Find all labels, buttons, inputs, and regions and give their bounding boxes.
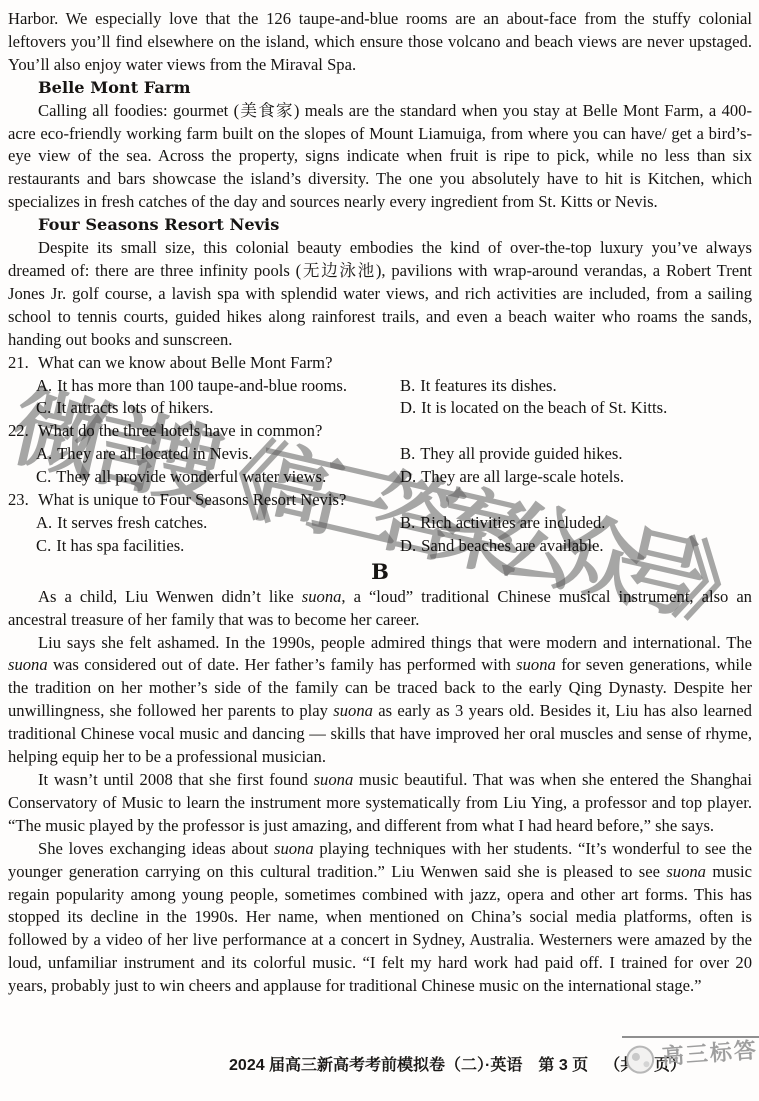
passage-a-paragraph-continued: Harbor. We especially love that the 126 … (8, 8, 752, 77)
question-stem: What can we know about Belle Mont Farm? (38, 352, 332, 375)
option-label: B. (400, 376, 415, 395)
option-text: They all provide wonderful water views. (56, 467, 326, 486)
question-number: 23. (8, 489, 38, 512)
question-21-options-row-2: C.It attracts lots of hikers. D.It is lo… (8, 397, 752, 420)
option-23-b: B.Rich activities are included. (400, 512, 752, 535)
option-label: A. (36, 444, 52, 463)
text-segment: music regain popularity among young peop… (8, 862, 752, 996)
question-23-options-row-1: A.It serves fresh catches. B.Rich activi… (8, 512, 752, 535)
option-23-c: C.It has spa facilities. (8, 535, 400, 558)
text-segment: was considered out of date. Her father’s… (48, 655, 516, 674)
option-text: They are all large-scale hotels. (421, 467, 624, 486)
passage-b-paragraph-3: It wasn’t until 2008 that she first foun… (8, 769, 752, 838)
option-label: B. (400, 513, 415, 532)
italic-term: suona (333, 701, 373, 720)
brand-stamp-icon (625, 1045, 655, 1075)
option-text: They all provide guided hikes. (420, 444, 622, 463)
option-22-d: D.They are all large-scale hotels. (400, 466, 752, 489)
question-number: 22. (8, 420, 38, 443)
question-22-stem-row: 22. What do the three hotels have in com… (8, 420, 752, 443)
passage-b-paragraph-1: As a child, Liu Wenwen didn’t like suona… (8, 586, 752, 632)
section-b-label: B (8, 558, 752, 586)
option-21-d: D.It is located on the beach of St. Kitt… (400, 397, 752, 420)
italic-term: suona (516, 655, 556, 674)
option-label: A. (36, 376, 52, 395)
option-text: It serves fresh catches. (57, 513, 207, 532)
heading-four-seasons-resort-nevis: Four Seasons Resort Nevis (8, 214, 752, 237)
brand-watermark-text: 高三标答 (661, 1040, 758, 1070)
option-label: A. (36, 513, 52, 532)
option-21-c: C.It attracts lots of hikers. (8, 397, 400, 420)
question-21: 21. What can we know about Belle Mont Fa… (8, 352, 752, 421)
question-21-stem-row: 21. What can we know about Belle Mont Fa… (8, 352, 752, 375)
option-text: Rich activities are included. (420, 513, 605, 532)
option-22-a: A.They are all located in Nevis. (8, 443, 400, 466)
option-21-b: B.It features its dishes. (400, 375, 752, 398)
italic-term: suona (274, 839, 314, 858)
option-21-a: A.It has more than 100 taupe-and-blue ro… (8, 375, 400, 398)
text-segment: As a child, Liu Wenwen didn’t like (38, 587, 302, 606)
exam-page: 微信搜《高三答案公众号》 Harbor. We especially love … (0, 0, 759, 1101)
option-label: D. (400, 536, 416, 555)
option-text: It attracts lots of hikers. (56, 398, 213, 417)
passage-a-paragraph-four-seasons: Despite its small size, this colonial be… (8, 237, 752, 352)
option-22-c: C.They all provide wonderful water views… (8, 466, 400, 489)
italic-term: suona (666, 862, 706, 881)
passage-a-paragraph-belle-mont: Calling all foodies: gourmet (美食家) meals… (8, 100, 752, 215)
option-label: C. (36, 467, 51, 486)
option-22-b: B.They all provide guided hikes. (400, 443, 752, 466)
option-text: They are all located in Nevis. (57, 444, 252, 463)
question-22-options-row-2: C.They all provide wonderful water views… (8, 466, 752, 489)
question-22-options-row-1: A.They are all located in Nevis. B.They … (8, 443, 752, 466)
passage-b-paragraph-2: Liu says she felt ashamed. In the 1990s,… (8, 632, 752, 769)
italic-term: suona (314, 770, 354, 789)
question-number: 21. (8, 352, 38, 375)
italic-term: suona (302, 587, 342, 606)
option-text: It has spa facilities. (56, 536, 184, 555)
option-text: It has more than 100 taupe-and-blue room… (57, 376, 347, 395)
option-label: C. (36, 398, 51, 417)
question-22: 22. What do the three hotels have in com… (8, 420, 752, 489)
option-text: It features its dishes. (420, 376, 556, 395)
option-text: Sand beaches are available. (421, 536, 603, 555)
text-segment: She loves exchanging ideas about (38, 839, 274, 858)
passage-b-paragraph-4: She loves exchanging ideas about suona p… (8, 838, 752, 998)
text-segment: Liu says she felt ashamed. In the 1990s,… (38, 633, 752, 652)
heading-belle-mont-farm: Belle Mont Farm (8, 77, 752, 100)
option-label: B. (400, 444, 415, 463)
footer-exam-title: 2024 届高三新高考考前模拟卷（二）·英语 (229, 1057, 522, 1074)
option-23-a: A.It serves fresh catches. (8, 512, 400, 535)
text-segment: It wasn’t until 2008 that she first foun… (38, 770, 314, 789)
option-text: It is located on the beach of St. Kitts. (421, 398, 667, 417)
question-23: 23. What is unique to Four Seasons Resor… (8, 489, 752, 558)
option-label: C. (36, 536, 51, 555)
question-21-options-row-1: A.It has more than 100 taupe-and-blue ro… (8, 375, 752, 398)
question-stem: What do the three hotels have in common? (38, 420, 322, 443)
question-23-options-row-2: C.It has spa facilities. D.Sand beaches … (8, 535, 752, 558)
option-label: D. (400, 398, 416, 417)
option-23-d: D.Sand beaches are available. (400, 535, 752, 558)
footer-page-number: 第 3 页 (538, 1057, 588, 1074)
question-23-stem-row: 23. What is unique to Four Seasons Resor… (8, 489, 752, 512)
question-stem: What is unique to Four Seasons Resort Ne… (38, 489, 346, 512)
italic-term: suona (8, 655, 48, 674)
option-label: D. (400, 467, 416, 486)
